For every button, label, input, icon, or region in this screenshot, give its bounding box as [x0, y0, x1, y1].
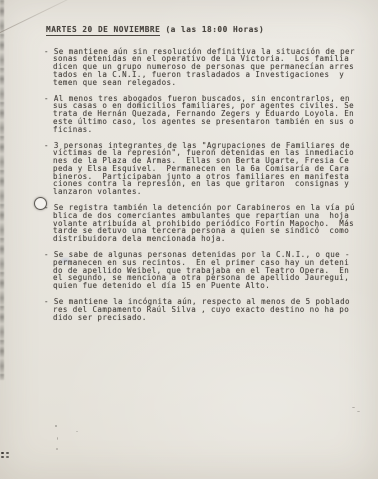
bullet-paragraph-lawyers-sought: - Al menos tres abogados fueron buscados…	[44, 95, 368, 134]
title-time: (a las 18:00 Horas)	[160, 25, 264, 34]
paper-speck	[56, 448, 58, 450]
scan-edge-shadow	[0, 0, 4, 380]
paper-speck	[57, 437, 58, 440]
paper-speck	[357, 411, 360, 412]
bullet-paragraph-cni-detainees: - Se sabe de algunas personas detenidas …	[44, 251, 368, 290]
corner-registration-mark	[1, 452, 11, 459]
bullet-paragraph-street-vendors: - Se registra también la detención por C…	[44, 204, 368, 243]
document-content: MARTES 20 DE NOVIEMBRE (a las 18:00 Hora…	[44, 26, 368, 330]
title-date: MARTES 20 DE NOVIEMBRE	[46, 25, 160, 36]
paper-speck	[76, 431, 78, 432]
scanned-page: MARTES 20 DE NOVIEMBRE (a las 18:00 Hora…	[0, 0, 378, 479]
paper-speck	[352, 407, 355, 408]
paper-speck	[55, 425, 57, 427]
bullet-paragraph-detained-victoria: - Se mantiene aún sin resolución definit…	[44, 48, 368, 87]
document-title: MARTES 20 DE NOVIEMBRE (a las 18:00 Hora…	[46, 26, 368, 34]
bullet-paragraph-agrupaciones-detained: - 3 personas integrantes de las "Agrupac…	[44, 142, 368, 196]
bullet-paragraph-campamento-unknown: - Se mantiene la incógnita aún, respecto…	[44, 298, 368, 321]
